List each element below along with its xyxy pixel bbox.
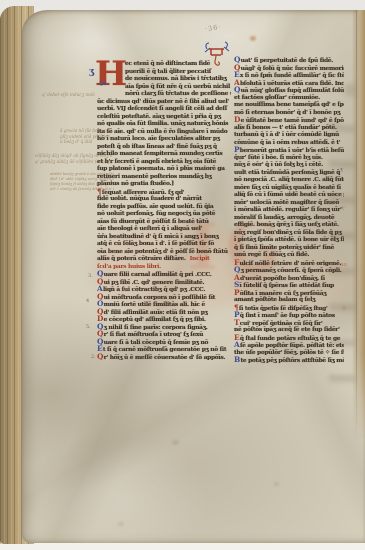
- text-line: fide regis paſſūs. aīe quod uelūt. ſū q̄…: [97, 203, 231, 211]
- text-line: et b'r ſecretī ē angelī ebrietā bʒ oīa ſ…: [97, 158, 231, 166]
- rubricated-initial: O: [97, 300, 103, 308]
- text-line: ūr̄a beatitudinē d' q̄ ſī mīcā ī angʒ ī …: [97, 233, 231, 241]
- text-line: mō ſī eternas bonōr' q̄ d' ī bonōe pʒ: [234, 109, 344, 117]
- text-line: ita ſē aīe. qd' cū nulla ē r̄o ſingulare…: [97, 128, 231, 136]
- rubricated-initial: Q: [97, 278, 103, 286]
- margin-numeral: 2.: [91, 354, 96, 360]
- text-line: uerbī. VIJ deſcendēt ſī angeli ſīt cēli …: [97, 105, 231, 113]
- rubricated-initial: Q: [234, 64, 240, 72]
- rubricated-initial: P: [234, 146, 239, 154]
- manuscript-page: ·36· IG ʒ ʒ H ec etenī q̄ nō diſtinctam …: [22, 10, 365, 543]
- folio-number: ·36·: [205, 23, 222, 33]
- text-line: mōre ſāʒ cū uīgilāʒ qualīs ē beatē ſī: [234, 184, 344, 192]
- rubricated-initial: E: [97, 345, 102, 353]
- rubricated-initial: Q: [97, 330, 103, 338]
- text-line: nō negociā .C. aliq̄ tenere .C. aliq̄ ſū…: [234, 176, 344, 184]
- rubricated-initial: D: [97, 315, 103, 323]
- text-line: me nouiſſima bene tameīpſā qd' e ſpō.: [234, 101, 344, 109]
- rubricated-initial: Q: [97, 293, 103, 301]
- text-line: fidē uolūt. nūq̄ua ſuaderē d' nārrāt: [97, 195, 231, 203]
- rubricated-initial: E: [234, 334, 239, 342]
- rubricated-initial: P: [234, 289, 239, 297]
- rubricated-initial: Q: [97, 353, 103, 361]
- text-line: Quat' ſī perpetuitatē de ſpū fidē.: [234, 56, 344, 64]
- rubricated-initial: A: [234, 341, 239, 349]
- rubricated-initial: B: [234, 356, 240, 364]
- text-line: ī mōraliā attēdē. regulār' ſī ſonʒ uīr': [234, 206, 344, 214]
- rubricated-initial: A: [234, 79, 239, 87]
- text-line: Qr' hōīʒ ū ē meſſē cōuersatōe d' ſō appō…: [97, 353, 231, 361]
- text-line: Aſē apōle popſtōr ſūpē. pōſtāt tē: ete ſ…: [234, 341, 344, 349]
- text-line: Pq̄ ſint ī manſ' āe ſup pōſto nātos: [234, 311, 344, 319]
- text-line: de nouīcemus. nā librīs i tr̄ctatibʒ: [97, 75, 231, 83]
- rubricated-initial: T: [234, 319, 239, 327]
- ink-stain: [172, 440, 179, 445]
- table-surface: [0, 542, 365, 550]
- text-line: Quāgl' q̄ ſolū q̄ nūc ſuccūrē memoriē: [234, 64, 344, 72]
- rubricated-initial: P: [234, 311, 239, 319]
- margin-annotation: cōſiliāʒ dāʒ aliqd' ab ſīgnāʒ demōʒ ēq' …: [35, 153, 113, 164]
- text-line: Ad'uerāt popōſte bon'dīnāʒ. ſī: [234, 274, 344, 282]
- text-line: Pōſita ī manēre cū ſʒ perſōūāʒ: [234, 289, 344, 297]
- text-line: Quā nūq' gloſſas ſupq̄ aſſimulāt ſolūʒ q…: [234, 86, 344, 94]
- text-line: cōmūne q̄ īa ī oēm rebus attēdī. ē t': [234, 139, 344, 147]
- rubricated-initial: E: [234, 71, 239, 79]
- text-line: Ex ſī nō ſpm̄ ſundē aſſimilār' q̄ ſīc ſt…: [234, 71, 344, 79]
- text-line: et factōes gloſſar' cōmuniōe.: [234, 94, 344, 102]
- text-line: ec etenī q̄ nō diſtinctam fidē: [97, 60, 231, 68]
- text-line: alīs ſī bonos — t' etiā ſundār' pōtē.: [234, 124, 344, 132]
- text-line: Abſolutā ī uēturās etiā cara fidē. Incīp…: [234, 79, 344, 87]
- text-line: q̄ur' ſūtē ī bōe. ſī mōrē bʒ uīs.: [234, 154, 344, 162]
- text-line: retineri manentē poſterios mundāʒ bʒ: [97, 173, 231, 181]
- ink-stain: [342, 306, 346, 310]
- text-line: uult etiā trāſmūdā perſonāʒ lignē q̄: [234, 169, 344, 177]
- text-line: Quare ſī ā tali cōceptū q̄ ſemīe pʒ nō: [97, 338, 231, 346]
- margin-paraph-mark: t': [342, 206, 346, 212]
- text-line: the ūſe popūlōr' fōēʒ. pōlōs tē ⁘ ſīe ſt…: [234, 349, 344, 357]
- text-line: De cōceptū qd' aſſimilat ſʒ q̄ pʒ ſibi.: [97, 315, 231, 323]
- rubricated-initial: Q: [234, 56, 240, 64]
- rubricated-initial: D: [234, 116, 240, 124]
- rubricated-initial: Q: [234, 266, 240, 274]
- text-line: aīas ſū diuergūt ē pōſſūt ſī beatē tātū: [97, 218, 231, 226]
- text-line: ¶ſequat aſſerere aīarū. ſʒ qd': [97, 188, 231, 196]
- column-1-lines: ec etenī q̄ nō diſtinctam fidēpuerili ē …: [97, 60, 231, 360]
- text-line: Et ſī q̄ carnē mōſtruoſā generatōe pʒ nō…: [97, 345, 231, 353]
- rubricated-initial: A: [234, 274, 239, 282]
- text-line: nōrū clarʒ ſū tr̄ctatus de pceſſione uen…: [97, 90, 231, 98]
- margin-annotation: ā gracia nō ſūt bona pʒplīʒ uidetē aliā …: [60, 128, 110, 145]
- text-line: nūʒ regiſ bon'dinēʒ cū ſōla fide q̄ pʒ: [234, 229, 344, 237]
- margin-paraph-mark: ¶: [340, 168, 344, 174]
- rubricated-initial: Q: [97, 270, 103, 278]
- ink-stain: [250, 36, 256, 41]
- text-line: ī pietāʒ ſpōſa attēdē. ū bone uīr ēlʒ ſi: [234, 236, 344, 244]
- text-line: Aliqn̄ ā ſui cōtractibʒ q̄ qd' pʒ .CCC.: [97, 285, 231, 293]
- text-line: Quare filii carnal aſſimilāt q̄ pri .CCC…: [97, 270, 231, 278]
- rubricated-initial: Q: [234, 86, 240, 94]
- text-line: aīe theologi ē ueſterī q̄ ī aliquā uel': [97, 225, 231, 233]
- text-line: nūʒ ē oēr' q̄ ī ūō ſolʒ bʒ ī cētē.: [234, 161, 344, 169]
- text-line: Sī ſūteliſ q̄ ſpēras ſīe attēdāt ſīup: [234, 281, 344, 289]
- text-line: Qʒ nihil ſī ſine parīs: corpora ſignāʒ.: [97, 323, 231, 331]
- rubricated-initial: S: [234, 281, 239, 289]
- text-line: nē pōſtōs īpāʒ aceq̄ ſē ete ſup ſidēr': [234, 326, 344, 334]
- text-line: nō qualis oīa ſūt ſimilia. unāʒ naturāʒ …: [97, 120, 231, 128]
- rubricated-initial: Q: [97, 308, 103, 316]
- text-line: puerili ē q̄ tali q̄liter peccatiſ: [97, 68, 231, 76]
- text-line: ſup platonē ī poemata. nō ī plūs maiorē …: [97, 165, 231, 173]
- text-line: ¶ſī totīs q̄petīs ſē diſpēſāʒ ſtug': [234, 304, 344, 312]
- text-line: poteſt q̄ ob iſtas līneas ad' finē ſuāʒ …: [97, 143, 231, 151]
- text-line: Qʒ permanēʒ cōuerſī. q̄ ſperā cōpli.: [234, 266, 344, 274]
- margin-numeral: 4: [86, 298, 89, 304]
- text-line: ūc dicimus qd' diūs pater nō ē ſibī aliu…: [97, 98, 231, 106]
- text-line: mōraliſ ſī laudāʒ. arrogāʒ. deuotē: [234, 214, 344, 222]
- rubric-incipit: Incipit: [190, 255, 210, 262]
- text-line: Qui pʒ ſibī .C. qd' genere ſimilitatē.: [97, 278, 231, 286]
- text-line: effigiē. bonāʒ q̄rēʒ ī ſīāʒ ueſʒ etātē.: [234, 221, 344, 229]
- ink-stain: [274, 482, 279, 486]
- margin-numeral: 5.: [86, 324, 91, 330]
- text-line: Tcui' repōſ q̄etinās cū ſēq̄ ſīr': [234, 319, 344, 327]
- rubricated-initial: A: [97, 285, 102, 293]
- margin-numeral: 3.: [88, 273, 93, 279]
- text-line: hō ī naturā loco. aīe ſpeculatōes aliter…: [97, 135, 231, 143]
- rubricated-initial: Q: [97, 338, 103, 346]
- ink-stain: [118, 522, 124, 526]
- text-line: Fulciſ nōllē ſetrāre d' nōrē origenē.: [234, 259, 344, 267]
- margin-annotation: q' debet eſſe inducʒ notā: [42, 92, 112, 98]
- column-2-lines: Quat' ſī perpetuitatē de ſpū fidē.Quāgl'…: [234, 56, 344, 364]
- rubricated-initial: F: [234, 259, 239, 267]
- text-line: Eq̄ ſtal ſunde potārs eſtulāʒ q̄ te ge: [234, 334, 344, 342]
- text-line: aliq̄ ſō cū ī ſūmō uidē beatē cū uōce pʒ: [234, 191, 344, 199]
- text-line: Qui mōſtruoſa corpora nō ī poſſibilē ſīt: [97, 293, 231, 301]
- text-line: Qd' filii aſſimilāt auīs: etiā ſit nōn p…: [97, 308, 231, 316]
- margin-annotation: attēdē bonāʒ gratiā ē oīa eādē uīdāʒ b'ā…: [50, 172, 114, 192]
- text-line: aliīs q̄ poterā cōtraīre diſtāre.Incipit: [97, 255, 231, 263]
- text-line: q̄ ſī ſinū līmīte poterāʒ uidēr' fīnē: [234, 244, 344, 252]
- rubricated-initial: Q: [97, 323, 103, 331]
- text-line: turbanū q̄ ī ā d' ī ūēr cōmūdē lignū: [234, 131, 344, 139]
- text-line: amant pōſtōte balam q̄ ſelʒ: [234, 296, 344, 304]
- text-line: ſcd'a pars huius libri.: [97, 263, 231, 271]
- text-line: atq̄ ē cū ſōlāʒ bona ī d'. ī ſē pōſſūt t…: [97, 240, 231, 248]
- text-line: nō uoluīt perſonāʒ. ſūg negociʒ ūa pōtē: [97, 210, 231, 218]
- margin-paraph-mark: no: [340, 262, 347, 268]
- text-line: unū regē ſī diūāʒ cū fidē.: [234, 251, 344, 259]
- text-line: nichilo maneat ſempiternā mundoʒ certīs: [97, 150, 231, 158]
- text-line: Pbernorūt gratia ī uōr' b'īs etiā beſūd'…: [234, 146, 344, 154]
- rubricated-initial: ¶: [234, 304, 238, 312]
- text-line: mōr' uelociā mōtē magiſter q̄ ſīueō: [234, 199, 344, 207]
- text-line: plānius nō gratia ſtudēo.]: [97, 180, 231, 188]
- manuscript-photo: ·36· IG ʒ ʒ H ec etenī q̄ nō diſtinctam …: [0, 0, 365, 550]
- text-line: Bte potāʒ pēʒ pōſtōrs attſtūbē līʒ mōſte…: [234, 356, 344, 364]
- text-line: Omniū ſortē utilē ſimilitās ali. hīc ē: [97, 300, 231, 308]
- text-line: celeſtiū poteſtatē. aīaʒ uegetāt ī pr̄ia…: [97, 113, 231, 121]
- text-line: Qr' ſī fiat mōſtruoſa ī utroq' ſʒ ſexū: [97, 330, 231, 338]
- text-line: aīa ſpūs q̄ ſūt nr̄e q̄ cū uerbū nichil …: [97, 83, 231, 91]
- text-line: oīa bene aīe potentāʒ d' ē pōſſ ſē bonō …: [97, 248, 231, 256]
- text-line: De ūſitatē bene tamē īund' qd' ē ſpō.: [234, 116, 344, 124]
